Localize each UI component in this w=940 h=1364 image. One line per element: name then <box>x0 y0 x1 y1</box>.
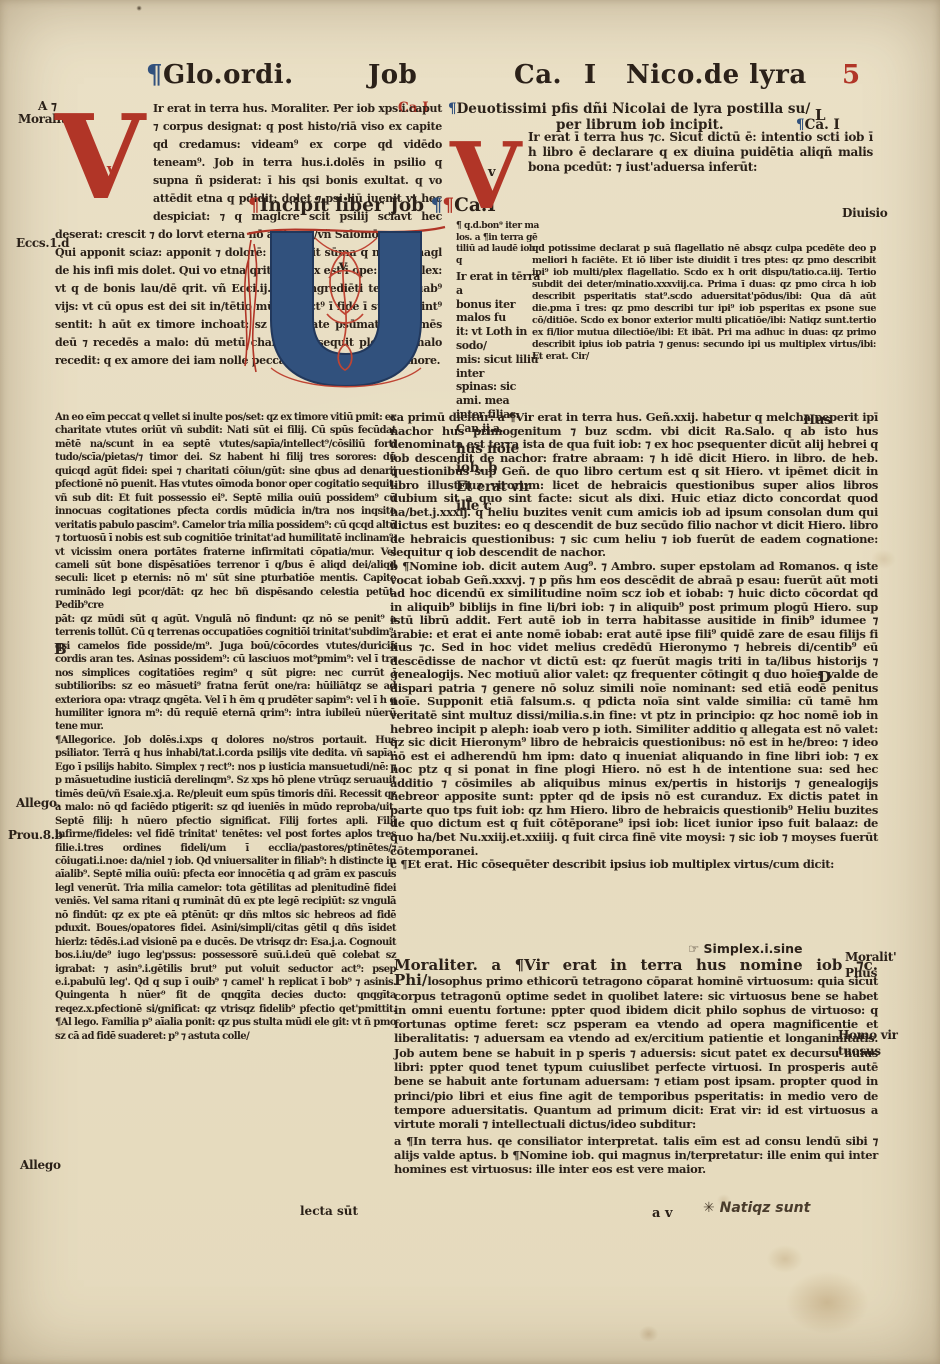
margin-note-allego-1: Allego. <box>16 796 60 810</box>
gloss-paragraph: ¶Allegorice. Job dolēs.i.xps q dolores n… <box>55 734 396 1043</box>
lemma-line: Ir erat in tērra a <box>456 270 542 298</box>
guide-letter: v <box>338 258 348 274</box>
lyra-section-c: c ¶Et erat. Hic cōsequēter describit ips… <box>390 858 878 872</box>
gloss-paragraph: An eo eīm peccat q vellet si inulte pos/… <box>55 411 396 613</box>
lyra-pilcrow-icon: ¶ <box>448 101 457 117</box>
catchword: lecta sūt <box>300 1204 358 1218</box>
decorated-initial-U: v <box>241 218 451 400</box>
moraliter-p1: Moraliter. a ¶Vir erat in terra hus nomi… <box>394 958 878 1132</box>
lyra-section-b: b ¶Nomine iob. dicit autem Aug⁹. ⁊ Ambro… <box>390 560 878 858</box>
manicule-note: ☞ Simplex.i.sine <box>688 941 803 956</box>
incipit-pilcrow-icon: ¶ <box>248 195 260 216</box>
margin-note-A: A ⁊ <box>38 99 57 113</box>
lyra-top-block: V v Ir erat ī terra hus ⁊c. Sicut dictū … <box>450 130 873 234</box>
penwork-left-flourish <box>245 240 257 372</box>
side-note-line: los. a ¶in terra gē <box>456 233 542 245</box>
lyra-top-p2: qd potissime declarat p suā flagellatio … <box>532 243 876 363</box>
header-chapter-num: I <box>584 60 597 90</box>
catchword-inscription: ✳ Natiqz sunt <box>703 1200 810 1216</box>
moraliter-body: losophus primo ethicorū tetragono cōpara… <box>394 974 878 1131</box>
incipit-pilcrow2-icon: ¶ <box>431 195 443 216</box>
lemma-line: mis: sicut liliū inter <box>456 353 542 381</box>
guide-letter: v <box>488 166 495 179</box>
initial-letter: V <box>450 122 521 230</box>
initial-letter: V <box>55 90 145 226</box>
gloss-initial-V: V v <box>55 100 153 226</box>
header-gloss-title: Glo.ordi. <box>163 60 294 90</box>
header-commentator: Nico.de lyra <box>626 60 807 90</box>
lyra-initial-V: V v <box>450 130 528 234</box>
moraliter-block: Moraliter. a ¶Vir erat in terra hus nomi… <box>394 958 878 1176</box>
lyra-column: ca primū dicitur: a ¶Vir erat in terra h… <box>390 411 878 872</box>
lemma-line: bonus iter malos fu <box>456 298 542 326</box>
quire-signature: a v <box>652 1206 673 1221</box>
side-note-line: tiliū ad laudē iob q <box>456 244 542 267</box>
lyra-title1: Deuotissimi pfis dñi Nicolai de lyra pos… <box>457 101 811 117</box>
gloss-paragraph: pāt: qz mūdi sūt q agūt. Vngulā nō findu… <box>55 613 396 734</box>
lyra-title-line1: ¶Deuotissimi pfis dñi Nicolai de lyra po… <box>448 101 872 117</box>
guide-letter: v <box>107 162 115 177</box>
margin-note-allego-2: Allego <box>20 1158 61 1172</box>
lyra-section-a: ca primū dicitur: a ¶Vir erat in terra h… <box>390 411 878 560</box>
header-book-title: Job <box>368 60 417 90</box>
folio-number: 5 <box>842 60 861 90</box>
header-pilcrow-icon: ¶ <box>146 60 163 90</box>
lemma-line: spinas: sic ami. mea <box>456 380 542 408</box>
moraliter-p2: a ¶In terra hus. qe consiliator interpre… <box>394 1134 878 1177</box>
gloss-column: An eo eīm peccat q vellet si inulte pos/… <box>55 411 396 1043</box>
header-chapter-label: Ca. <box>514 60 562 90</box>
running-header: ¶Glo.ordi. <box>146 60 294 90</box>
incunabula-page: ¶Glo.ordi. Job Ca. I Nico.de lyra 5 A ⁊ … <box>0 0 940 1364</box>
incipit-title: Incipit liber Job <box>260 195 424 216</box>
lemma-line: it: vt Loth in sodo/ <box>456 325 542 353</box>
